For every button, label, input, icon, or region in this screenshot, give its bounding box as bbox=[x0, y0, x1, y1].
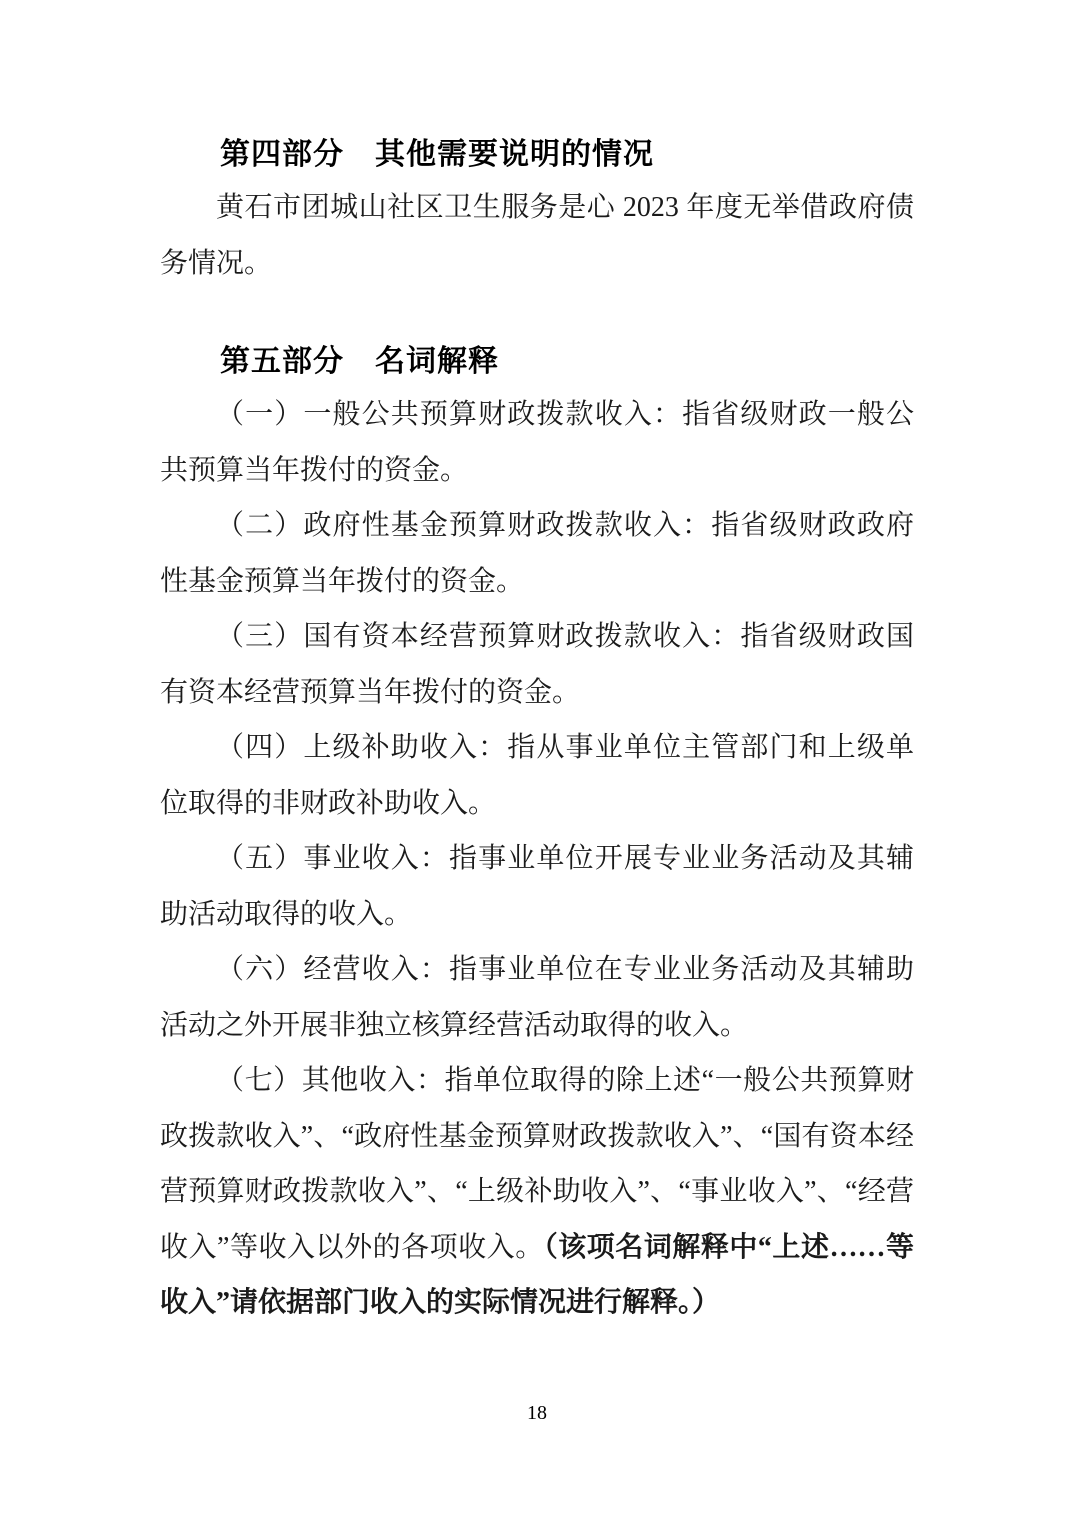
term-definition-3: （三）国有资本经营预算财政拨款收入：指省级财政国有资本经营预算当年拨付的资金。 bbox=[160, 609, 914, 720]
document-content: 第四部分 其他需要说明的情况 黄石市团城山社区卫生服务是心 2023 年度无举借… bbox=[160, 130, 914, 1331]
section4-heading: 第四部分 其他需要说明的情况 bbox=[160, 130, 914, 180]
term-definition-2: （二）政府性基金预算财政拨款收入：指省级财政政府性基金预算当年拨付的资金。 bbox=[160, 498, 914, 609]
term-definition-6: （六）经营收入：指事业单位在专业业务活动及其辅助活动之外开展非独立核算经营活动取… bbox=[160, 942, 914, 1053]
section5-heading: 第五部分 名词解释 bbox=[160, 337, 914, 387]
term-definition-7: （七）其他收入：指单位取得的除上述“一般公共预算财政拨款收入”、“政府性基金预算… bbox=[160, 1053, 914, 1331]
page-number: 18 bbox=[0, 1402, 1074, 1425]
document-page: 第四部分 其他需要说明的情况 黄石市团城山社区卫生服务是心 2023 年度无举借… bbox=[0, 0, 1074, 1520]
term-definition-4: （四）上级补助收入：指从事业单位主管部门和上级单位取得的非财政补助收入。 bbox=[160, 720, 914, 831]
term-definition-1: （一）一般公共预算财政拨款收入：指省级财政一般公共预算当年拨付的资金。 bbox=[160, 387, 914, 498]
section4-paragraph: 黄石市团城山社区卫生服务是心 2023 年度无举借政府债务情况。 bbox=[160, 180, 914, 291]
term-definition-5: （五）事业收入：指事业单位开展专业业务活动及其辅助活动取得的收入。 bbox=[160, 831, 914, 942]
